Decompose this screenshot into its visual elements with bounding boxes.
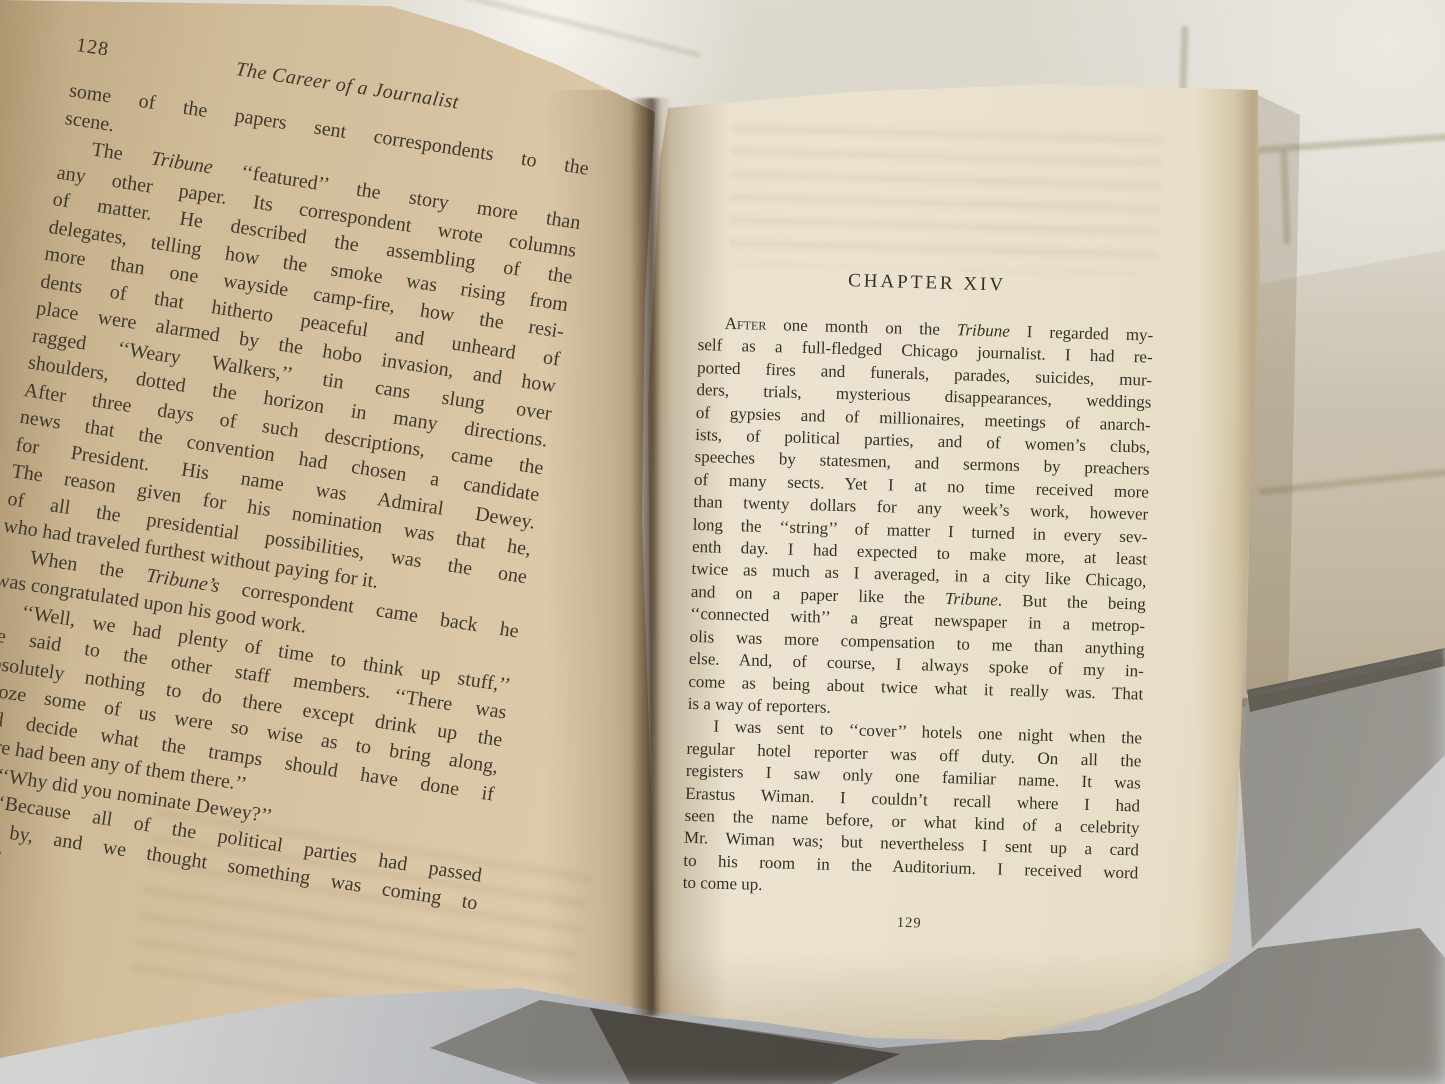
body-text: After one month on the Tribune I regarde… — [682, 312, 1153, 907]
left-page-text: 128 The Career of a Journalist some of t… — [0, 34, 597, 945]
page-number: 128 — [75, 34, 111, 62]
right-page-text: CHAPTER XIV After one month on the Tribu… — [682, 266, 1155, 938]
ink-bleed-through — [728, 124, 1162, 276]
body-text: some of the papers sent correspondents t… — [0, 78, 591, 945]
page-number: 129 — [682, 908, 1137, 938]
book-gutter-crease — [630, 98, 672, 1016]
book-photo: 128 The Career of a Journalist some of t… — [0, 0, 1445, 1084]
